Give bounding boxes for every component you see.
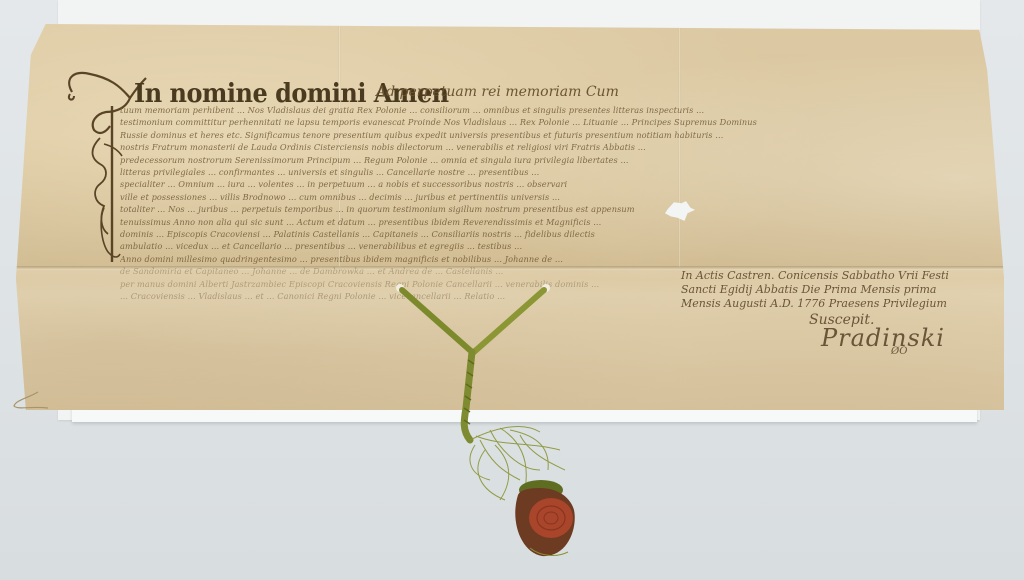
text-line: testimonium committitur perhennitati ne … xyxy=(120,116,1000,128)
text-line: Anno domini millesimo quadringentesimo .… xyxy=(120,253,1000,265)
text-line: Russie dominus et heres etc. Significamu… xyxy=(120,129,1000,141)
endorsement-line: Mensis Augusti A.D. 1776 Praesens Privil… xyxy=(681,297,1011,311)
text-line: predecessorum nostrorum Serenissimorum P… xyxy=(120,154,1000,166)
endorsement-line: Sancti Egidij Abbatis Die Prima Mensis p… xyxy=(681,283,1011,297)
endorsement-line: In Actis Castren. Conicensis Sabbatho Vr… xyxy=(681,269,1011,283)
stray-thread xyxy=(8,388,58,418)
clerk-signature: Pradinski xyxy=(821,331,1011,345)
text-line: ville et possessiones ... villis Brodnow… xyxy=(120,191,1000,203)
text-line: dominis ... Episcopis Cracoviensi ... Pa… xyxy=(120,228,1000,240)
text-line: nostris Fratrum monasterii de Lauda Ordi… xyxy=(120,141,1000,153)
text-line: tenuissimus Anno non alia qui sic sunt .… xyxy=(120,216,1000,228)
text-line: litteras privilegiales ... confirmantes … xyxy=(120,166,1000,178)
text-line: specialiter ... Omnium ... iura ... vole… xyxy=(120,178,1000,190)
registration-endorsement: In Actis Castren. Conicensis Sabbatho Vr… xyxy=(681,269,1011,359)
parchment-charter: In nomine domini Amen Ad perpetuam rei m… xyxy=(16,24,1004,410)
invocation-continuation: Ad perpetuam rei memoriam Cum xyxy=(376,84,619,100)
text-line: ambulatio ... vicedux ... et Cancellario… xyxy=(120,240,1000,252)
text-line: totaliter ... Nos ... juribus ... perpet… xyxy=(120,203,1000,215)
text-line: tuum memoriam perhibent ... Nos Vladisla… xyxy=(120,104,1000,116)
